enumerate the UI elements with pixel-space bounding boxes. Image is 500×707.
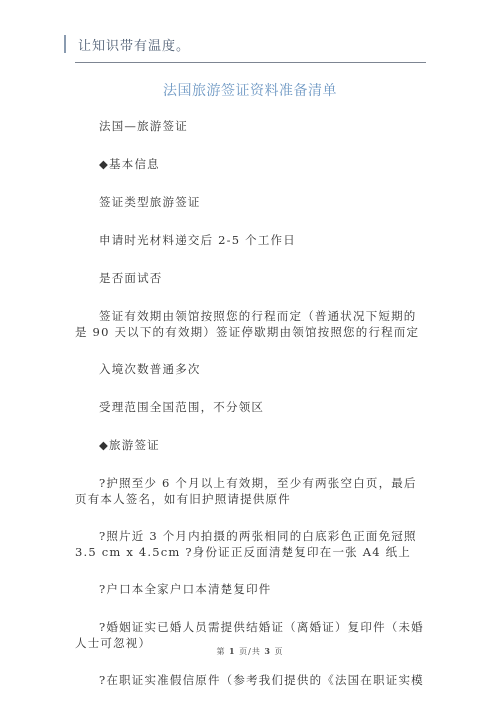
header-slogan: 让知识带有温度。 (78, 35, 190, 54)
page-footer: 第 1 页/共 3 页 (0, 646, 500, 657)
paragraph-validity: 签证有效期由领馆按照您的行程而定（普通状况下短期的是 90 天以下的有效期）签证… (75, 308, 425, 340)
header-accent-bar (64, 35, 66, 53)
document-title: 法国旅游签证资料准备清单 (0, 80, 500, 100)
list-item-household-register: ?户口本全家户口本清楚复印件 (75, 581, 425, 597)
header-divider (75, 62, 426, 63)
footer-current-page: 1 (229, 646, 236, 656)
footer-total-pages: 3 (264, 646, 271, 656)
paragraph-jurisdiction: 受理范围全国范围，不分领区 (75, 399, 425, 415)
paragraph-interview: 是否面试否 (75, 270, 425, 286)
paragraph-entries: 入境次数普通多次 (75, 361, 425, 377)
section-heading-tourist-visa: ◆旅游签证 (75, 437, 425, 453)
paragraph-processing-time: 申请时光材料递交后 2-5 个工作日 (75, 232, 425, 248)
list-item-passport: ?护照至少 6 个月以上有效期，至少有两张空白页，最后页有本人签名，如有旧护照请… (75, 475, 425, 507)
section-heading-basic-info: ◆基本信息 (75, 156, 425, 172)
document-body: 法国—旅游签证 ◆基本信息 签证类型旅游签证 申请时光材料递交后 2-5 个工作… (75, 118, 425, 707)
footer-prefix: 第 (216, 647, 225, 656)
list-item-employment-letter: ?在职证实准假信原件（参考我们提供的《法国在职证实模 (75, 672, 425, 688)
footer-middle: 页/共 (239, 647, 261, 656)
footer-suffix: 页 (275, 647, 284, 656)
paragraph-visa-type-heading: 法国—旅游签证 (75, 118, 425, 134)
list-item-photo-id: ?照片近 3 个月内拍摄的两张相同的白底彩色正面免冠照 3.5 cm x 4.5… (75, 528, 425, 560)
paragraph-visa-category: 签证类型旅游签证 (75, 194, 425, 210)
page-header: 让知识带有温度。 (64, 34, 190, 54)
